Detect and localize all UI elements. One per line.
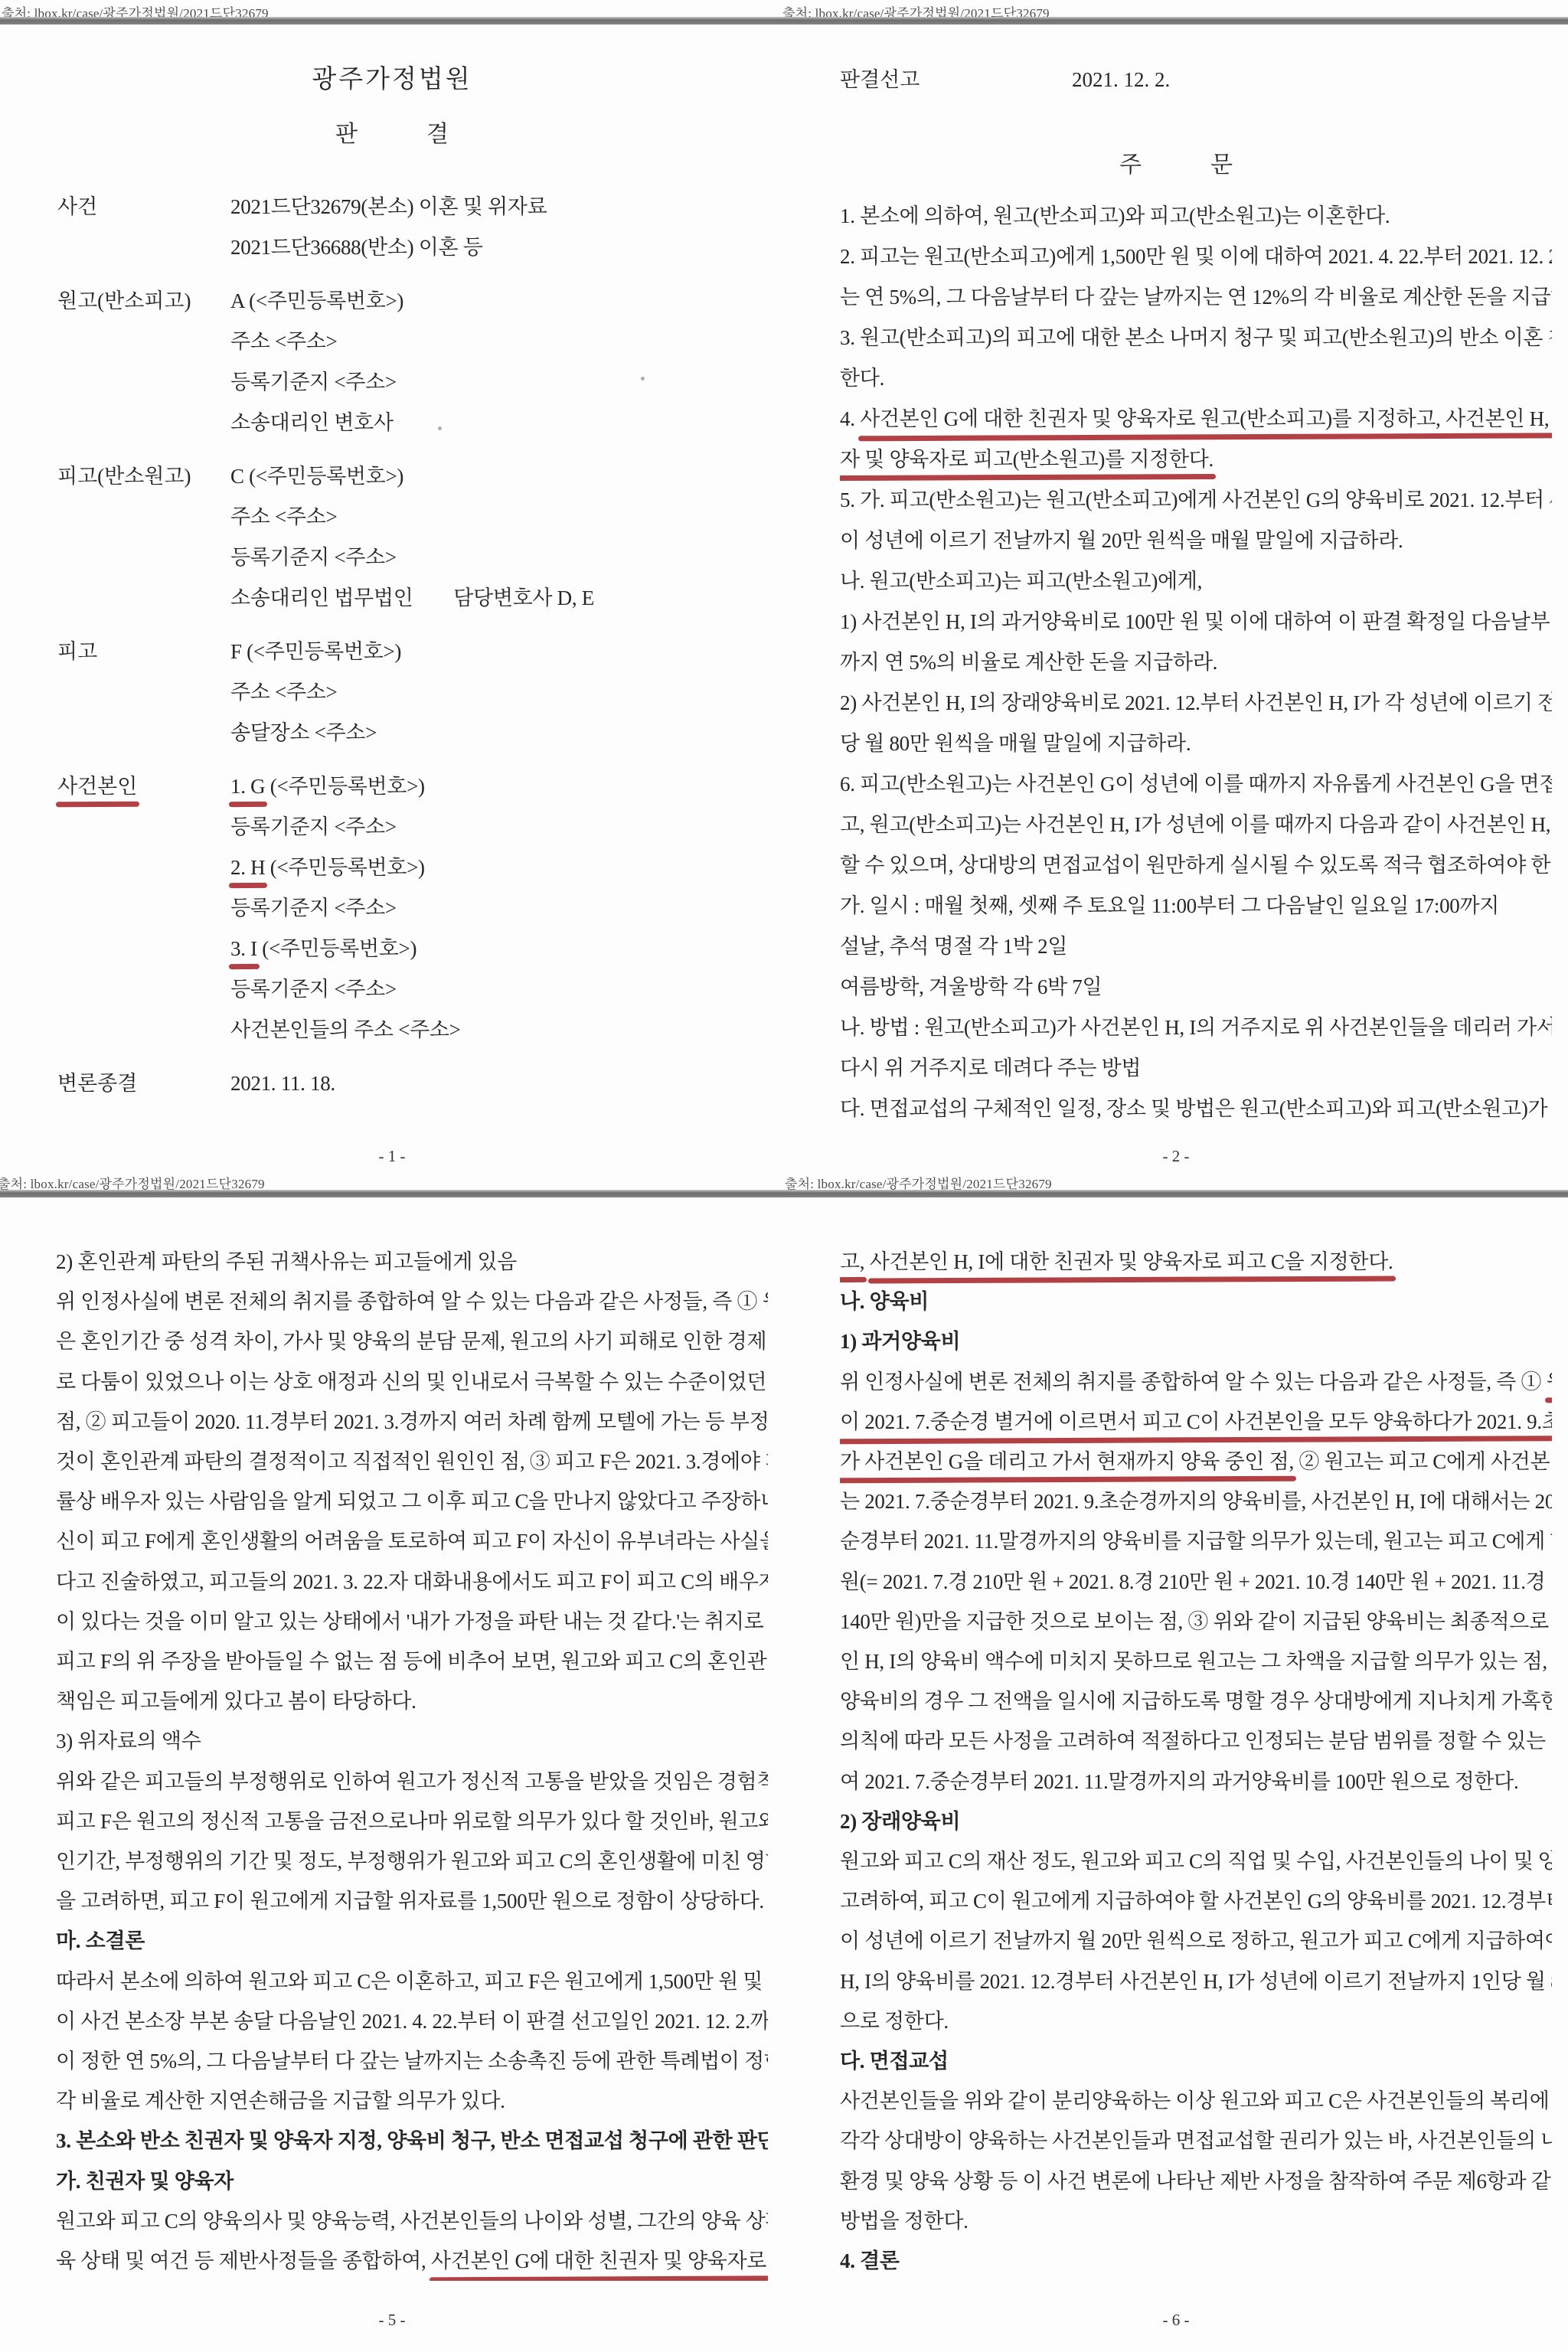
body-text-line: 피고 F은 원고의 정신적 고통을 금전으로나마 위로할 의무가 있다 할 것인…	[56, 1802, 768, 1841]
text-segment: 5. 가. 피고(반소원고)는 원고(반소피고)에게 사건본인 G의 양육비로 …	[840, 488, 1552, 511]
text-segment: 각각 상대방이 양육하는 사건본인들과 면접교섭할 권리가 있는 바, 사건본인…	[840, 2129, 1552, 2152]
caption-value-line: C (<주민등록번호>)	[230, 456, 784, 497]
body-text-line: 점, ② 피고들이 2020. 11.경부터 2021. 3.경까지 여러 차례…	[56, 1402, 768, 1442]
text-segment: 위 인정사실에 변론 전체의 취지를 종합하여 알 수 있는 다음과 같은 사정…	[840, 1370, 1547, 1393]
body-text-line: 은 혼인기간 중 성격 차이, 가사 및 양육의 분담 문제, 원고의 사기 피…	[56, 1321, 768, 1361]
caption-group: 사건본인1. G (<주민등록번호>)등록기준지 <주소>2. H (<주민등록…	[0, 766, 784, 1050]
text-segment: 2021. 11. 18.	[230, 1072, 335, 1095]
body-text-line: 이 성년에 이르기 전날까지 월 20만 원씩을 매월 말일에 지급하라.	[840, 521, 1552, 561]
caption-label: 사건	[0, 187, 230, 268]
body-text-line: 책임은 피고들에게 있다고 봄이 타당하다.	[56, 1681, 768, 1721]
order-text: 1. 본소에 의하여, 원고(반소피고)와 피고(반소원고)는 이혼한다.2. …	[840, 196, 1552, 1129]
text-segment: 사건본인들을 위와 같이 분리양육하는 이상 원고와 피고 C은 사건본인들의 …	[840, 2089, 1552, 2112]
body-text-line: 자 및 양육자로 피고(반소원고)를 지정한다.	[840, 439, 1552, 480]
order-section-title: 주 문	[784, 152, 1568, 179]
text-segment: 1) 과거양육비	[840, 1330, 960, 1353]
text-segment: 이 정한 연 5%의, 그 다음날부터 다 갚는 날까지는 소송촉진 등에 관한…	[56, 2050, 768, 2073]
text-segment: 1) 사건본인 H, I의 과거양육비로 100만 원 및 이에 대하여 이 판…	[840, 610, 1552, 633]
text-segment: (<주민등록번호>)	[265, 775, 424, 798]
text-segment: 2) 사건본인 H, I의 장래양육비로 2021. 12.부터 사건본인 H,…	[840, 691, 1552, 714]
body-text-line: 의칙에 따라 모든 사정을 고려하여 적절하다고 인정되는 분담 범위를 정할 …	[840, 1721, 1552, 1761]
section-heading-line: 나. 양육비	[840, 1282, 1552, 1321]
section-heading-line: 2) 장래양육비	[840, 1802, 1552, 1841]
body-text-line: 가 사건본인 G을 데리고 가서 현재까지 양육 중인 점, ② 원고는 피고 …	[840, 1442, 1552, 1481]
caption-label: 피고	[0, 632, 230, 753]
text-segment: 는 연 5%의, 그 다음날부터 다 갚는 날까지는 연 12%의 각 비율로 …	[840, 286, 1552, 309]
scan-artifact-dot	[641, 377, 645, 381]
text-segment: 사건본인들의 주소 <주소>	[230, 1018, 461, 1041]
court-name: 광주가정법원	[0, 63, 784, 96]
body-text-line: 것이 혼인관계 파탄의 결정적이고 직접적인 원인인 점, ③ 피고 F은 20…	[56, 1442, 768, 1481]
caption-values: A (<주민등록번호>)주소 <주소>등록기준지 <주소>소송대리인 변호사	[230, 281, 784, 443]
body-text-line: 원(= 2021. 7.경 210만 원 + 2021. 8.경 210만 원 …	[840, 1562, 1552, 1602]
body-text-line: 방법을 정한다.	[840, 2201, 1552, 2241]
text-segment: 이 사건 본소장 부본 송달 다음날인 2021. 4. 22.부터 이 판결 …	[56, 2010, 768, 2033]
red-underline-annotation: 이 2021. 7.중순경 별거에 이르면서 피고 C이 사건본인을 모두 양육…	[840, 1410, 1552, 1433]
text-segment: 송달장소 <주소>	[230, 721, 377, 744]
section-heading-line: 마. 소결론	[56, 1921, 768, 1961]
body-text-line: 2. 피고는 원고(반소피고)에게 1,500만 원 및 이에 대하여 2021…	[840, 237, 1552, 277]
page-number-5: - 5 -	[0, 2311, 784, 2330]
caption-label: 피고(반소원고)	[0, 456, 230, 619]
text-segment: 로 다툼이 있었으나 이는 상호 애정과 신의 및 인내로서 극복할 수 있는 …	[56, 1370, 768, 1393]
body-text-line: 이 사건 본소장 부본 송달 다음날인 2021. 4. 22.부터 이 판결 …	[56, 2001, 768, 2041]
scanned-judgment-viewer: { "meta": { "source_line": "출처: lbox.kr/…	[0, 0, 1568, 2352]
caption-label: 원고(반소피고)	[0, 281, 230, 443]
text-segment: 140만 원)만을 지급한 것으로 보이는 점, ③ 위와 같이 지급된 양육비…	[840, 1610, 1552, 1633]
body-text-line: 피고 F의 위 주장을 받아들일 수 없는 점 등에 비추어 보면, 원고와 피…	[56, 1641, 768, 1681]
body-text-line: 140만 원)만을 지급한 것으로 보이는 점, ③ 위와 같이 지급된 양육비…	[840, 1602, 1552, 1641]
text-segment: 고려하여, 피고 C이 원고에게 지급하여야 할 사건본인 G의 양육비를 20…	[840, 1890, 1552, 1913]
body-text-line: 원고와 피고 C의 양육의사 및 양육능력, 사건본인들의 나이와 성별, 그간…	[56, 2201, 768, 2241]
caption-label-text: 피고	[57, 640, 97, 663]
red-underline-annotation: 사건본인	[57, 775, 137, 798]
body-text-line: 순경부터 2021. 11.말경까지의 양육비를 지급할 의무가 있는데, 원고…	[840, 1521, 1552, 1561]
body-text-line: 여름방학, 겨울방학 각 6박 7일	[840, 967, 1552, 1008]
text-segment: 3. 본소와 반소 친권자 및 양육자 지정, 양육비 청구, 반소 면접교섭 …	[56, 2129, 768, 2152]
body-text-line: 3. 원고(반소피고)의 피고에 대한 본소 나머지 청구 및 피고(반소원고)…	[840, 318, 1552, 358]
text-segment: 원(= 2021. 7.경 210만 원 + 2021. 8.경 210만 원 …	[840, 1570, 1545, 1593]
text-segment: 나. 방법 : 원고(반소피고)가 사건본인 H, I의 거주지로 위 사건본인…	[840, 1016, 1552, 1039]
text-segment: 등록기준지 <주소>	[230, 546, 397, 569]
caption-value-line: 주소 <주소>	[230, 497, 784, 537]
text-segment: 주소 <주소>	[230, 330, 337, 353]
body-text-line: 각 비율로 계산한 지연손해금을 지급할 의무가 있다.	[56, 2081, 768, 2121]
body-text-line: 환경 및 양육 상황 등 이 사건 변론에 나타난 제반 사정을 참작하여 주문…	[840, 2161, 1552, 2201]
body-text-line: 2) 혼인관계 파탄의 주된 귀책사유는 피고들에게 있음	[56, 1242, 768, 1282]
red-underline-annotation: 사건본인 G에 대한 친권자 및 양육자로 원고를 지정하	[431, 2249, 768, 2272]
caption-value-line: 주소 <주소>	[230, 322, 784, 362]
caption-value-line: 1. G (<주민등록번호>)	[230, 766, 784, 807]
text-segment: 2) 장래양육비	[840, 1810, 960, 1833]
section-heading-line: 다. 면접교섭	[840, 2041, 1552, 2081]
caption-values: F (<주민등록번호>)주소 <주소>송달장소 <주소>	[230, 632, 784, 753]
caption-value-line: 2021드단32679(본소) 이혼 및 위자료	[230, 187, 784, 227]
text-segment: 등록기준지 <주소>	[230, 815, 397, 838]
caption-group: 피고F (<주민등록번호>)주소 <주소>송달장소 <주소>	[0, 632, 784, 753]
body-text-line: 다시 위 거주지로 데려다 주는 방법	[840, 1048, 1552, 1089]
caption-values: C (<주민등록번호>)주소 <주소>등록기준지 <주소>소송대리인 법무법인 …	[230, 456, 784, 619]
text-segment: 의칙에 따라 모든 사정을 고려하여 적절하다고 인정되는 분담 범위를 정할 …	[840, 1730, 1552, 1753]
pronouncement-date: 2021. 12. 2.	[1072, 67, 1170, 92]
body-text-line: 4. 사건본인 G에 대한 친권자 및 양육자로 원고(반소피고)를 지정하고,…	[840, 399, 1552, 439]
text-segment: 소송대리인 법무법인 담당변호사 D, E	[230, 586, 594, 609]
body-text-line: 양육비의 경우 그 전액을 일시에 지급하도록 명할 경우 상대방에게 지나치게…	[840, 1681, 1552, 1721]
text-segment: 소송대리인 변호사	[230, 411, 394, 434]
text-segment: 점, ② 피고들이 2020. 11.경부터 2021. 3.경까지 여러 차례…	[56, 1410, 768, 1433]
text-segment: 인기간, 부정행위의 기간 및 정도, 부정행위가 원고와 피고 C의 혼인생활…	[56, 1850, 768, 1873]
text-segment: 1. 본소에 의하여, 원고(반소피고)와 피고(반소원고)는 이혼한다.	[840, 204, 1390, 227]
text-segment: 4.	[840, 407, 860, 430]
text-segment: 각 비율로 계산한 지연손해금을 지급할 의무가 있다.	[56, 2089, 505, 2112]
body-text-line: 사건본인들을 위와 같이 분리양육하는 이상 원고와 피고 C은 사건본인들의 …	[840, 2081, 1552, 2121]
caption-value-line: 소송대리인 법무법인 담당변호사 D, E	[230, 578, 784, 619]
text-segment: (<주민등록번호>)	[265, 856, 424, 879]
text-segment: 당 월 80만 원씩을 매월 말일에 지급하라.	[840, 732, 1191, 755]
red-underline-annotation: 고,	[840, 1250, 864, 1273]
body-text-line: 1. 본소에 의하여, 원고(반소피고)와 피고(반소원고)는 이혼한다.	[840, 196, 1552, 237]
page-number-1: - 1 -	[0, 1147, 784, 1166]
text-segment: 2021드단32679(본소) 이혼 및 위자료	[230, 195, 547, 218]
red-underline-annotation: 2. H	[230, 856, 265, 879]
body-text-line: 이 성년에 이르기 전날까지 월 20만 원씩으로 정하고, 원고가 피고 C에…	[840, 1921, 1552, 1961]
body-text-line: 률상 배우자 있는 사람임을 알게 되었고 그 이후 피고 C을 만나지 않았다…	[56, 1481, 768, 1521]
text-segment: 가. 일시 : 매월 첫째, 셋째 주 토요일 11:00부터 그 다음날인 일…	[840, 894, 1499, 917]
caption-label-text: 변론종결	[57, 1072, 137, 1095]
section-heading-line: 3. 본소와 반소 친권자 및 양육자 지정, 양육비 청구, 반소 면접교섭 …	[56, 2121, 768, 2161]
text-segment: 여름방학, 겨울방학 각 6박 7일	[840, 975, 1102, 998]
body-text-line: 인 H, I의 양육비 액수에 미치지 못하므로 원고는 그 차액을 지급할 의…	[840, 1641, 1552, 1681]
caption-value-line: 송달장소 <주소>	[230, 713, 784, 753]
text-segment: 3) 위자료의 액수	[56, 1730, 201, 1753]
red-underline-annotation: 1. G	[230, 775, 265, 798]
caption-label-text: 피고(반소원고)	[57, 465, 191, 488]
caption-group: 원고(반소피고)A (<주민등록번호>)주소 <주소>등록기준지 <주소>소송대…	[0, 281, 784, 443]
text-segment: 할 수 있으며, 상대방의 면접교섭이 원만하게 실시될 수 있도록 적극 협조…	[840, 854, 1552, 877]
text-segment: 을 고려하면, 피고 F이 원고에게 지급할 위자료를 1,500만 원으로 정…	[56, 1890, 764, 1913]
caption-value-line: 2021. 11. 18.	[230, 1063, 784, 1104]
red-underline-annotation: 사건본인 G에 대한 친권자 및 양육자로 원고(반소피고)를 지정하고, 사건…	[860, 407, 1552, 430]
caption-values: 2021드단32679(본소) 이혼 및 위자료2021드단36688(반소) …	[230, 187, 784, 268]
caption-group: 변론종결2021. 11. 18.	[0, 1063, 784, 1104]
text-segment: 마. 소결론	[56, 1929, 145, 1952]
caption-values: 1. G (<주민등록번호>)등록기준지 <주소>2. H (<주민등록번호>)…	[230, 766, 784, 1050]
text-segment: 4. 결론	[840, 2249, 900, 2272]
text-segment: 는 2021. 7.중순경부터 2021. 9.초순경까지의 양육비를, 사건본…	[840, 1490, 1552, 1513]
body-text-line: 각각 상대방이 양육하는 사건본인들과 면접교섭할 권리가 있는 바, 사건본인…	[840, 2121, 1552, 2161]
caption-label-text: 원고(반소피고)	[57, 289, 191, 312]
body-text-line: 육 상태 및 여건 등 제반사정들을 종합하여, 사건본인 G에 대한 친권자 …	[56, 2241, 768, 2281]
body-text-line: 으로 정한다.	[840, 2001, 1552, 2041]
body-text-line: 따라서 본소에 의하여 원고와 피고 C은 이혼하고, 피고 F은 원고에게 1…	[56, 1962, 768, 2001]
text-segment: 등록기준지 <주소>	[230, 978, 397, 1001]
body-text-line: 로 다툼이 있었으나 이는 상호 애정과 신의 및 인내로서 극복할 수 있는 …	[56, 1362, 768, 1402]
body-text-line: 원고와 피고 C의 재산 정도, 원고와 피고 C의 직업 및 수입, 사건본인…	[840, 1841, 1552, 1881]
body-text-line: 3) 위자료의 액수	[56, 1721, 768, 1761]
page-number-6: - 6 -	[784, 2311, 1568, 2330]
body-text-line: 위 인정사실에 변론 전체의 취지를 종합하여 알 수 있는 다음과 같은 사정…	[840, 1362, 1552, 1402]
body-text-line: 위 인정사실에 변론 전체의 취지를 종합하여 알 수 있는 다음과 같은 사정…	[56, 1282, 768, 1321]
red-underline-annotation: 가 사건본인 G을 데리고 가서 현재까지 양육 중인 점,	[840, 1450, 1294, 1473]
caption-value-line: 등록기준지 <주소>	[230, 888, 784, 929]
body-text-line: 나. 방법 : 원고(반소피고)가 사건본인 H, I의 거주지로 위 사건본인…	[840, 1008, 1552, 1048]
text-segment: 인 H, I의 양육비 액수에 미치지 못하므로 원고는 그 차액을 지급할 의…	[840, 1650, 1552, 1673]
pronouncement-label: 판결선고	[840, 67, 920, 92]
section-heading-line: 가. 친권자 및 양육자	[56, 2161, 768, 2201]
body-text-line: 고, 원고(반소피고)는 사건본인 H, I가 성년에 이를 때까지 다음과 같…	[840, 805, 1552, 845]
text-segment: 위와 같은 피고들의 부정행위로 인하여 원고가 정신적 고통을 받았을 것임은…	[56, 1770, 768, 1793]
red-underline-annotation: 자 및 양육자로 피고(반소원고)를 지정한다.	[840, 448, 1214, 471]
text-segment: F (<주민등록번호>)	[230, 640, 401, 663]
text-segment: 2) 혼인관계 파탄의 주된 귀책사유는 피고들에게 있음	[56, 1250, 517, 1273]
body-text-line: 이 있다는 것을 이미 알고 있는 상태에서 '내가 가정을 파탄 내는 것 같…	[56, 1602, 768, 1641]
body-text-line: 을 고려하면, 피고 F이 원고에게 지급할 위자료를 1,500만 원으로 정…	[56, 1881, 768, 1921]
text-segment: 3. 원고(반소피고)의 피고에 대한 본소 나머지 청구 및 피고(반소원고)…	[840, 326, 1552, 349]
body-text-line: 는 2021. 7.중순경부터 2021. 9.초순경까지의 양육비를, 사건본…	[840, 1481, 1552, 1521]
caption-value-line: F (<주민등록번호>)	[230, 632, 784, 672]
body-text-line: 2) 사건본인 H, I의 장래양육비로 2021. 12.부터 사건본인 H,…	[840, 683, 1552, 724]
body-text-line: 가. 일시 : 매월 첫째, 셋째 주 토요일 11:00부터 그 다음날인 일…	[840, 886, 1552, 926]
text-segment: 원고와 피고 C의 재산 정도, 원고와 피고 C의 직업 및 수입, 사건본인…	[840, 1850, 1552, 1873]
red-underline-annotation: 사건본인 H, I에 대한 친권자 및 양육자로 피고 C을 지정한다.	[870, 1250, 1393, 1273]
body-text-line: 인기간, 부정행위의 기간 및 정도, 부정행위가 원고와 피고 C의 혼인생활…	[56, 1841, 768, 1881]
text-segment: 피고 F은 원고의 정신적 고통을 금전으로나마 위로할 의무가 있다 할 것인…	[56, 1810, 768, 1833]
text-segment: 방법을 정한다.	[840, 2210, 969, 2233]
text-segment: 2. 피고는 원고(반소피고)에게 1,500만 원 및 이에 대하여 2021…	[840, 245, 1552, 268]
text-segment: 책임은 피고들에게 있다고 봄이 타당하다.	[56, 1690, 416, 1713]
text-segment: 피고 F의 위 주장을 받아들일 수 없는 점 등에 비추어 보면, 원고와 피…	[56, 1650, 768, 1673]
body-text-line: 고, 사건본인 H, I에 대한 친권자 및 양육자로 피고 C을 지정한다.	[840, 1242, 1552, 1282]
document-title: 판 결	[0, 119, 784, 150]
caption-value-line: 등록기준지 <주소>	[230, 362, 784, 403]
caption-value-line: 등록기준지 <주소>	[230, 969, 784, 1010]
caption-value-line: 2. H (<주민등록번호>)	[230, 848, 784, 888]
body-text-line: 1) 사건본인 H, I의 과거양육비로 100만 원 및 이에 대하여 이 판…	[840, 602, 1552, 642]
text-segment: 이 있다는 것을 이미 알고 있는 상태에서 '내가 가정을 파탄 내는 것 같…	[56, 1610, 768, 1633]
page-divider-middle	[0, 1190, 1568, 1197]
body-text-line: 고려하여, 피고 C이 원고에게 지급하여야 할 사건본인 G의 양육비를 20…	[840, 1881, 1552, 1921]
pronouncement-row: 판결선고 2021. 12. 2.	[784, 67, 1568, 92]
text-segment: 으로 정한다.	[840, 2010, 949, 2033]
text-segment: 나. 양육비	[840, 1290, 929, 1313]
text-segment: 이 성년에 이르기 전날까지 월 20만 원씩으로 정하고, 원고가 피고 C에…	[840, 1929, 1552, 1952]
text-segment: 환경 및 양육 상황 등 이 사건 변론에 나타난 제반 사정을 참작하여 주문…	[840, 2170, 1552, 2193]
text-segment: H, I의 양육비를 2021. 12.경부터 사건본인 H, I가 성년에 이…	[840, 1970, 1552, 1993]
body-text-line: H, I의 양육비를 2021. 12.경부터 사건본인 H, I가 성년에 이…	[840, 1962, 1552, 2001]
caption-value-line: 3. I (<주민등록번호>)	[230, 929, 784, 969]
body-text-line: 신이 피고 F에게 혼인생활의 어려움을 토로하여 피고 F이 자신이 유부녀라…	[56, 1521, 768, 1561]
body-text-line: 설날, 추석 명절 각 1박 2일	[840, 926, 1552, 967]
text-segment: (<주민등록번호>)	[257, 937, 416, 960]
text-segment: C (<주민등록번호>)	[230, 465, 403, 488]
caption-label: 변론종결	[0, 1063, 230, 1104]
text-segment: 이 성년에 이르기 전날까지 월 20만 원씩을 매월 말일에 지급하라.	[840, 529, 1403, 552]
text-segment: 한다.	[840, 367, 884, 390]
caption-group: 사건2021드단32679(본소) 이혼 및 위자료2021드단36688(반소…	[0, 187, 784, 268]
caption-value-line: 등록기준지 <주소>	[230, 537, 784, 578]
text-segment: 신이 피고 F에게 혼인생활의 어려움을 토로하여 피고 F이 자신이 유부녀라…	[56, 1530, 768, 1553]
section-heading-line: 1) 과거양육비	[840, 1321, 1552, 1361]
text-segment: 따라서 본소에 의하여 원고와 피고 C은 이혼하고, 피고 F은 원고에게 1…	[56, 1970, 768, 1993]
text-segment: 주소 <주소>	[230, 505, 337, 528]
text-segment: 다. 면접교섭의 구체적인 일정, 장소 및 방법은 원고(반소피고)와 피고(…	[840, 1097, 1552, 1120]
caption-value-line: 2021드단36688(반소) 이혼 등	[230, 227, 784, 268]
body-text-line: 다. 면접교섭의 구체적인 일정, 장소 및 방법은 원고(반소피고)와 피고(…	[840, 1089, 1552, 1129]
text-segment: 위 인정사실에 변론 전체의 취지를 종합하여 알 수 있는 다음과 같은 사정…	[56, 1290, 768, 1313]
text-segment: 순경부터 2021. 11.말경까지의 양육비를 지급할 의무가 있는데, 원고…	[840, 1530, 1552, 1553]
text-segment: 육 상태 및 여건 등 제반사정들을 종합하여,	[56, 2249, 431, 2272]
text-segment: 원고와 피고 C의 양육의사 및 양육능력, 사건본인들의 나이와 성별, 그간…	[56, 2210, 768, 2233]
body-text-line: 나. 원고(반소피고)는 피고(반소원고)에게,	[840, 561, 1552, 602]
text-segment: 고, 원고(반소피고)는 사건본인 H, I가 성년에 이를 때까지 다음과 같…	[840, 813, 1552, 836]
reasoning-text-left: 2) 혼인관계 파탄의 주된 귀책사유는 피고들에게 있음위 인정사실에 변론 …	[56, 1242, 768, 2281]
text-segment: 주소 <주소>	[230, 681, 337, 704]
red-underline-annotation: 원고와 피고 C	[1547, 1370, 1552, 1393]
text-segment: 률상 배우자 있는 사람임을 알게 되었고 그 이후 피고 C을 만나지 않았다…	[56, 1490, 768, 1513]
body-text-line: 는 연 5%의, 그 다음날부터 다 갚는 날까지는 연 12%의 각 비율로 …	[840, 277, 1552, 318]
text-segment: 은 혼인기간 중 성격 차이, 가사 및 양육의 분담 문제, 원고의 사기 피…	[56, 1330, 768, 1353]
text-segment: 다시 위 거주지로 데려다 주는 방법	[840, 1057, 1141, 1080]
body-text-line: 까지 연 5%의 비율로 계산한 돈을 지급하라.	[840, 642, 1552, 683]
text-segment	[864, 1250, 869, 1273]
case-caption-table: 사건2021드단32679(본소) 이혼 및 위자료2021드단36688(반소…	[0, 187, 784, 1104]
scan-artifact-dot	[438, 426, 442, 430]
caption-value-line: 등록기준지 <주소>	[230, 807, 784, 848]
caption-value-line: 주소 <주소>	[230, 672, 784, 713]
caption-value-line: 사건본인들의 주소 <주소>	[230, 1010, 784, 1050]
caption-label-text: 사건	[57, 195, 97, 218]
text-segment: 등록기준지 <주소>	[230, 371, 397, 394]
text-segment: 2021드단36688(반소) 이혼 등	[230, 236, 483, 259]
text-segment: 것이 혼인관계 파탄의 결정적이고 직접적인 원인인 점, ③ 피고 F은 20…	[56, 1450, 768, 1473]
text-segment: 여 2021. 7.중순경부터 2021. 11.말경까지의 과거양육비를 10…	[840, 1770, 1518, 1793]
page-number-2: - 2 -	[784, 1147, 1568, 1166]
text-segment: 등록기준지 <주소>	[230, 897, 397, 920]
body-text-line: 5. 가. 피고(반소원고)는 원고(반소피고)에게 사건본인 G의 양육비로 …	[840, 480, 1552, 521]
page-1: 광주가정법원 판 결 사건2021드단32679(본소) 이혼 및 위자료202…	[0, 0, 784, 1117]
caption-group: 피고(반소원고)C (<주민등록번호>)주소 <주소>등록기준지 <주소>소송대…	[0, 456, 784, 619]
body-text-line: 여 2021. 7.중순경부터 2021. 11.말경까지의 과거양육비를 10…	[840, 1762, 1552, 1802]
body-text-line: 이 2021. 7.중순경 별거에 이르면서 피고 C이 사건본인을 모두 양육…	[840, 1402, 1552, 1442]
red-underline-annotation: 3. I	[230, 937, 257, 960]
text-segment: 양육비의 경우 그 전액을 일시에 지급하도록 명할 경우 상대방에게 지나치게…	[840, 1690, 1552, 1713]
text-segment: 설날, 추석 명절 각 1박 2일	[840, 935, 1067, 958]
body-text-line: 다고 진술하였고, 피고들의 2021. 3. 22.자 대화내용에서도 피고 …	[56, 1562, 768, 1602]
caption-values: 2021. 11. 18.	[230, 1063, 784, 1104]
text-segment: A (<주민등록번호>)	[230, 289, 403, 312]
caption-value-line: A (<주민등록번호>)	[230, 281, 784, 322]
text-segment: 가. 친권자 및 양육자	[56, 2170, 234, 2193]
reasoning-text-right: 고, 사건본인 H, I에 대한 친권자 및 양육자로 피고 C을 지정한다.나…	[840, 1242, 1552, 2281]
text-segment: 다. 면접교섭	[840, 2050, 949, 2073]
body-text-line: 할 수 있으며, 상대방의 면접교섭이 원만하게 실시될 수 있도록 적극 협조…	[840, 845, 1552, 886]
caption-value-line: 소송대리인 변호사	[230, 403, 784, 443]
text-segment: 6. 피고(반소원고)는 사건본인 G이 성년에 이를 때까지 자유롭게 사건본…	[840, 773, 1552, 795]
body-text-line: 위와 같은 피고들의 부정행위로 인하여 원고가 정신적 고통을 받았을 것임은…	[56, 1762, 768, 1802]
text-segment: 까지 연 5%의 비율로 계산한 돈을 지급하라.	[840, 651, 1217, 674]
body-text-line: 6. 피고(반소원고)는 사건본인 G이 성년에 이를 때까지 자유롭게 사건본…	[840, 764, 1552, 805]
body-text-line: 한다.	[840, 358, 1552, 399]
text-segment: 다고 진술하였고, 피고들의 2021. 3. 22.자 대화내용에서도 피고 …	[56, 1570, 768, 1593]
caption-label: 사건본인	[0, 766, 230, 1050]
body-text-line: 이 정한 연 5%의, 그 다음날부터 다 갚는 날까지는 소송촉진 등에 관한…	[56, 2041, 768, 2081]
body-text-line: 당 월 80만 원씩을 매월 말일에 지급하라.	[840, 724, 1552, 764]
section-heading-line: 4. 결론	[840, 2241, 1552, 2281]
text-segment: 나. 원고(반소피고)는 피고(반소원고)에게,	[840, 570, 1202, 593]
text-segment: ② 원고는 피고 C에게 사건본인 G에 대하여	[1294, 1450, 1552, 1473]
